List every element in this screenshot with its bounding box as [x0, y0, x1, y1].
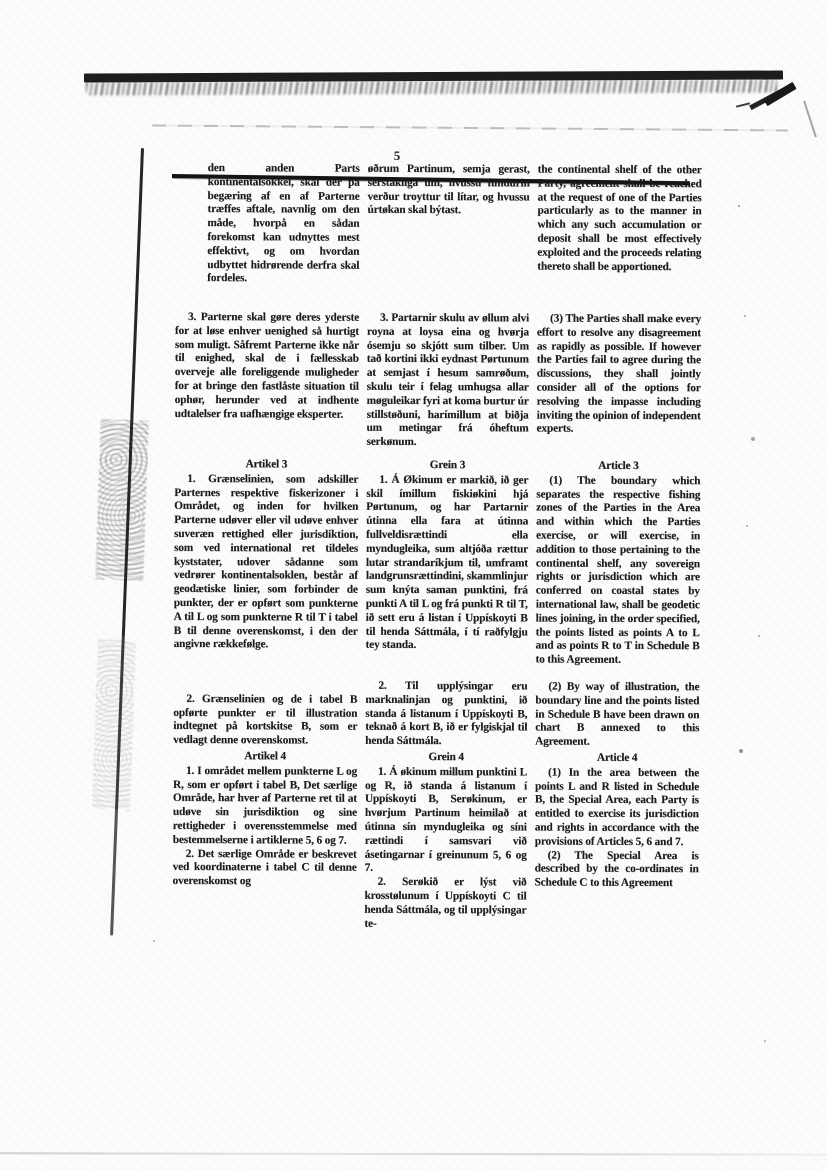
- paragraph: 1. I området mellem punkterne L og R, so…: [173, 765, 357, 849]
- column-faroese: øðrum Partinum, semja gerast, serstaklig…: [364, 163, 529, 932]
- paragraph: (2) By way of illustration, the boundary…: [535, 680, 699, 750]
- paragraph: 1. Á økinum millum punktini L og R, ið s…: [365, 765, 527, 876]
- paragraph: the continental shelf of the other Party…: [537, 163, 701, 274]
- article-heading: Article 4: [535, 751, 699, 766]
- paragraph: (1) The boundary which separates the res…: [535, 474, 700, 668]
- text-section: Grein 31. Á Økinum er markið, ið ger ski…: [365, 457, 528, 750]
- paragraph: 1. Grænselinien, som adskiller Parternes…: [174, 473, 359, 653]
- paragraph: 3. Parterne skal gøre deres yderste for …: [175, 311, 359, 422]
- scan-fold-mark: [803, 101, 817, 138]
- scan-smudge-band: [84, 70, 783, 82]
- scan-noise-patch: [92, 639, 136, 810]
- scan-faint-line: [152, 125, 788, 132]
- scanned-page: 5 den anden Parts kontinentalsokkel, ska…: [0, 0, 827, 1170]
- paragraph: (1) In the area between the points L and…: [535, 766, 699, 849]
- paragraph: 1. Á Økinum er markið, ið ger skil ímill…: [366, 473, 529, 653]
- article-heading: Grein 4: [365, 751, 527, 766]
- text-section: Artikel 41. I området mellem punkterne L…: [173, 748, 358, 890]
- text-columns: den anden Parts kontinentalsokkel, skal …: [172, 162, 699, 933]
- text-section: Artikel 31. Grænselinien, som adskiller …: [173, 456, 358, 749]
- text-section: Article 4(1) In the area between the poi…: [535, 749, 700, 891]
- text-section: 3. Partarnir skulu av øllum alvi royna a…: [366, 312, 529, 458]
- paragraph: (2) The Special Area is described by the…: [535, 849, 699, 891]
- column-danish: den anden Parts kontinentalsokkel, skal …: [172, 162, 359, 931]
- scan-bottom-edge: [0, 1152, 827, 1155]
- paragraph: 2. Til upplýsingar eru marknalinjan og p…: [365, 680, 527, 750]
- text-section: Grein 41. Á økinum millum punktini L og …: [364, 749, 527, 932]
- scan-noise-patch: [95, 419, 149, 581]
- article-heading: Artikel 4: [173, 750, 357, 765]
- paragraph: 2. Det særlige Område er beskrevet ved k…: [173, 847, 357, 889]
- article-heading: Grein 3: [366, 459, 528, 474]
- text-section: the continental shelf of the other Party…: [537, 163, 702, 313]
- scan-specks: [738, 205, 740, 207]
- text-section: Article 3(1) The boundary which separate…: [535, 457, 700, 750]
- paragraph: (3) The Parties shall make every effort …: [536, 312, 701, 437]
- text-section: 3. Parterne skal gøre deres yderste for …: [174, 311, 359, 457]
- article-heading: Article 3: [536, 459, 700, 474]
- column-english: the continental shelf of the other Party…: [534, 163, 701, 932]
- text-section: (3) The Parties shall make every effort …: [536, 312, 701, 458]
- paragraph: øðrum Partinum, semja gerast, serstaklig…: [367, 163, 529, 219]
- text-section: øðrum Partinum, semja gerast, serstaklig…: [367, 163, 530, 313]
- text-section: den anden Parts kontinentalsokkel, skal …: [175, 162, 360, 312]
- paragraph: 3. Partarnir skulu av øllum alvi royna a…: [366, 312, 529, 451]
- paragraph: den anden Parts kontinentalsokkel, skal …: [207, 162, 360, 287]
- paragraph: 2. Grænselinien og de i tabel B opførte …: [173, 693, 357, 749]
- article-heading: Artikel 3: [174, 458, 358, 473]
- page-number: 5: [372, 148, 422, 164]
- paragraph: 2. Serøkið er lýst við krosstølunum í Up…: [364, 876, 526, 932]
